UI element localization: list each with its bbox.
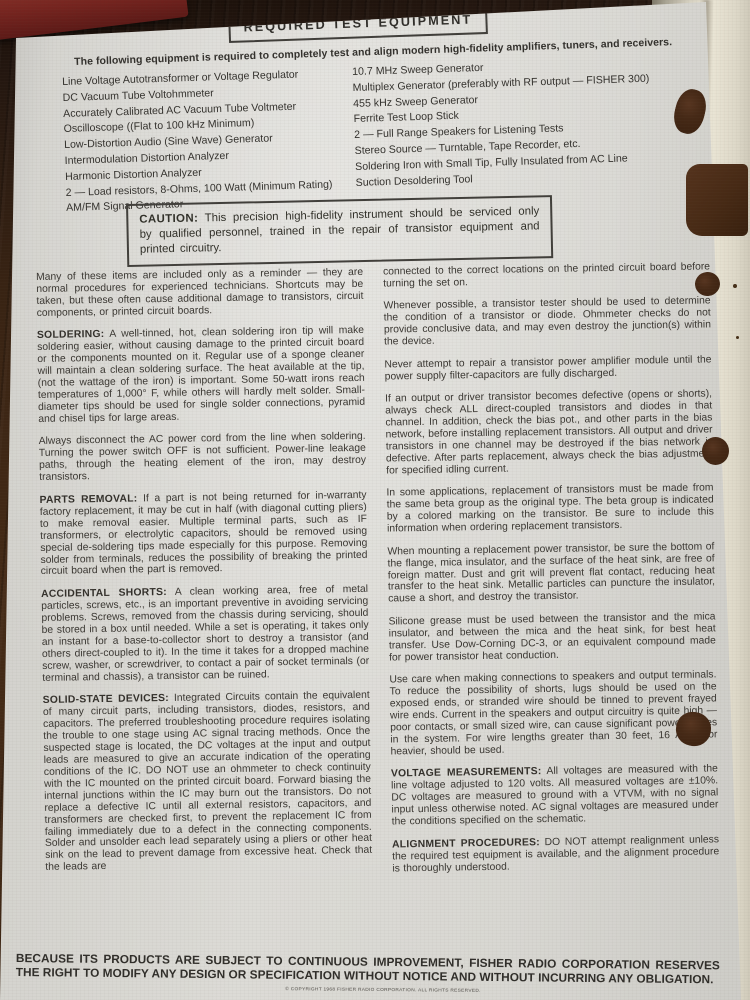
manual-page: REQUIRED TEST EQUIPMENT The following eq… [0, 0, 750, 1000]
section-heading: ACCIDENTAL SHORTS: [41, 587, 167, 600]
body-paragraph: ACCIDENTAL SHORTS: A clean working area,… [41, 584, 369, 685]
body-paragraph: connected to the correct locations on th… [383, 261, 710, 290]
body-paragraph: SOLDERING: A well-tinned, hot, clean sol… [37, 325, 365, 426]
section-heading: SOLDERING: [37, 329, 105, 341]
paragraph-text: Use care when making connections to spea… [389, 670, 717, 758]
paragraph-text: Never attempt to repair a transistor pow… [384, 354, 711, 382]
body-paragraph: SOLID-STATE DEVICES: Integrated Circuits… [43, 690, 373, 874]
paragraph-text: Whenever possible, a transistor tester s… [383, 296, 711, 348]
paragraph-text: In some applications, replacement of tra… [386, 483, 714, 535]
body-column-right: connected to the correct locations on th… [383, 261, 720, 885]
body-paragraph: In some applications, replacement of tra… [386, 483, 714, 536]
body-paragraph: ALIGNMENT PROCEDURES: DO NOT attempt rea… [392, 834, 720, 875]
body-paragraph: Never attempt to repair a transistor pow… [384, 354, 711, 383]
torn-notch [686, 164, 748, 236]
body-paragraph: Many of these items are included only as… [36, 267, 364, 320]
paper-speck [736, 336, 739, 339]
equipment-list-right: 10.7 MHz Sweep Generator Multiplex Gener… [352, 56, 688, 193]
body-paragraph: PARTS REMOVAL: If a part is not being re… [39, 490, 367, 579]
punch-hole [702, 437, 729, 465]
paper-speck [733, 284, 737, 288]
caution-text: This precision high-fidelity instrument … [140, 205, 540, 256]
paragraph-text: Many of these items are included only as… [36, 267, 364, 319]
caution-box: CAUTION: This precision high-fidelity in… [126, 195, 553, 267]
body-paragraph: Silicone grease must be used between the… [388, 611, 716, 664]
paragraph-text: Integrated Circuits contain the equivale… [43, 690, 372, 873]
body-paragraph: Use care when making connections to spea… [389, 670, 717, 759]
paragraph-text: When mounting a replacement power transi… [387, 541, 715, 605]
paragraph-text: connected to the correct locations on th… [383, 261, 710, 289]
copyright-line: © COPYRIGHT 1968 FISHER RADIO CORPORATIO… [238, 987, 528, 995]
body-paragraph: Always disconnect the AC power cord from… [39, 431, 367, 484]
equipment-list-left: Line Voltage Autotransformer or Voltage … [62, 67, 366, 219]
body-column-left: Many of these items are included only as… [36, 267, 373, 891]
section-heading: SOLID-STATE DEVICES: [43, 693, 169, 706]
paragraph-text: Always disconnect the AC power cord from… [39, 431, 367, 483]
footer-notice: BECAUSE ITS PRODUCTS ARE SUBJECT TO CONT… [16, 951, 720, 987]
body-paragraph: If an output or driver transistor become… [385, 389, 713, 478]
body-paragraph: When mounting a replacement power transi… [387, 541, 715, 606]
caution-label: CAUTION: [139, 212, 198, 225]
body-columns: Many of these items are included only as… [36, 261, 720, 890]
section-heading: PARTS REMOVAL: [39, 493, 137, 506]
body-paragraph: VOLTAGE MEASUREMENTS: All voltages are m… [391, 764, 719, 829]
body-paragraph: Whenever possible, a transistor tester s… [383, 296, 711, 349]
paragraph-text: Silicone grease must be used between the… [388, 611, 716, 663]
paragraph-text: If an output or driver transistor become… [385, 389, 713, 477]
